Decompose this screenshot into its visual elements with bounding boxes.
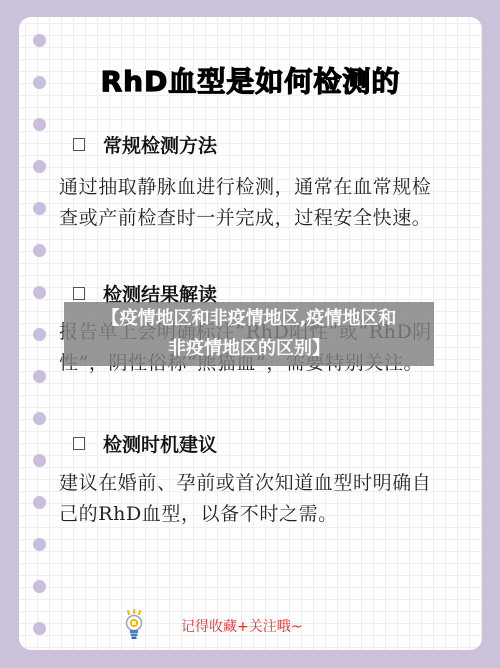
binder-hole: [33, 202, 46, 215]
checkbox-icon: [73, 287, 85, 300]
headline-overlay-text[interactable]: 【疫情地区和非疫情地区,疫情地区和 非疫情地区的区别】: [64, 304, 434, 364]
section-heading-label: 检测时机建议: [103, 430, 217, 457]
section-heading-3: 检测时机建议: [73, 430, 217, 457]
binder-hole: [33, 244, 46, 257]
binder-hole: [33, 34, 46, 47]
lightbulb-icon: [114, 606, 154, 646]
section-body-1: 通过抽取静脉血进行检测，通常在血常规检查或产前检查时一并完成，过程安全快速。: [59, 172, 449, 234]
binder-hole: [33, 370, 46, 383]
section-heading-label: 常规检测方法: [103, 131, 217, 158]
binder-hole: [33, 580, 46, 593]
binder-hole: [33, 160, 46, 173]
binder-hole: [33, 454, 46, 467]
checkbox-icon: [73, 437, 85, 450]
checkbox-icon: [73, 138, 85, 151]
overlay-line-1: 【疫情地区和非疫情地区,疫情地区和: [64, 304, 434, 334]
binder-hole: [33, 496, 46, 509]
footer-text: 记得收藏+关注哦~: [181, 616, 302, 636]
section-body-3: 建议在婚前、孕前或首次知道血型时明确自己的RhD血型，以备不时之需。: [59, 468, 449, 530]
section-heading-1: 常规检测方法: [73, 131, 217, 158]
binder-hole: [33, 538, 46, 551]
binder-hole: [33, 328, 46, 341]
page-title: RhD血型是如何检测的: [19, 60, 482, 100]
binder-hole: [33, 622, 46, 635]
binder-hole: [33, 118, 46, 131]
overlay-line-2: 非疫情地区的区别】: [64, 334, 434, 364]
footer-reminder: 记得收藏+关注哦~: [114, 606, 302, 646]
binder-hole: [33, 286, 46, 299]
binder-hole: [33, 412, 46, 425]
